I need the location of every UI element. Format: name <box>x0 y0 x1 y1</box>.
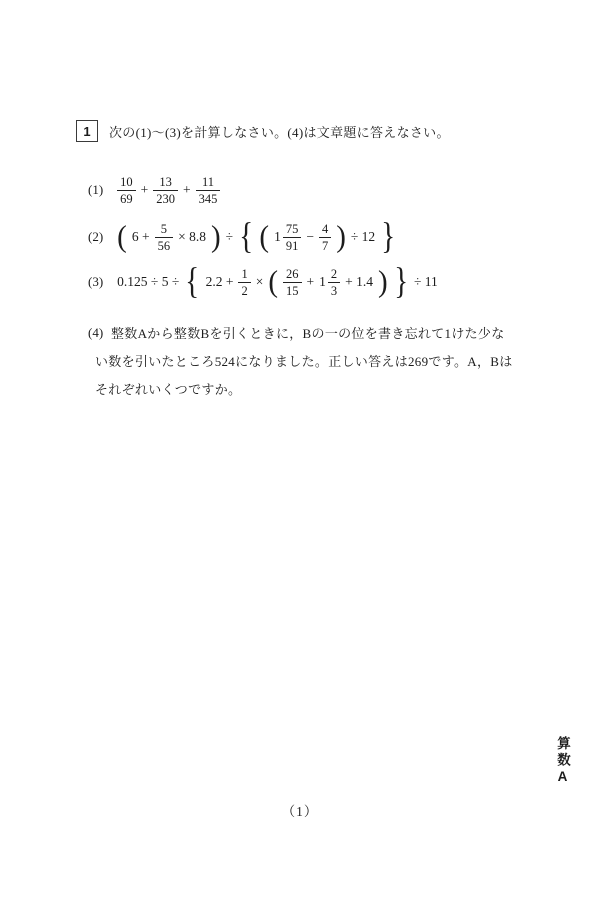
denominator: 15 <box>283 282 302 298</box>
section-header: 1 次の(1)～(3)を計算しなさい。(4)は文章題に答えなさい。 <box>76 120 450 142</box>
denominator: 2 <box>238 282 250 298</box>
denominator: 3 <box>328 282 340 298</box>
numerator: 13 <box>156 175 175 190</box>
question-number-box: 1 <box>76 120 98 142</box>
problem-1-row: (1) 1069+13230+11345 <box>88 172 220 208</box>
math-text: − <box>306 229 314 245</box>
problem-4-line-2: い数を引いたところ524になりました。正しい答えは269です。A，Bは <box>95 348 520 376</box>
whole-number: 1 <box>274 229 281 245</box>
problem-4-text: 整数Aから整数Bを引くときに，Bの一の位を書き忘れて1けた少な い数を引いたとこ… <box>95 320 520 404</box>
numerator: 75 <box>283 222 302 237</box>
math-text: × 8.8 <box>178 229 206 245</box>
math-text: + <box>141 182 149 198</box>
numerator: 4 <box>319 222 331 237</box>
problem-1-expression: 1069+13230+11345 <box>117 174 220 206</box>
problem-3-expression: 0.125 ÷ 5 ÷{2.2 +12×(2615+123+ 1.4)}÷ 11 <box>117 266 438 298</box>
numerator: 5 <box>158 222 170 237</box>
whole-number: 1 <box>319 274 326 290</box>
page-number: （1） <box>0 800 600 820</box>
fraction: 556 <box>155 222 174 253</box>
bracket: ) <box>211 224 221 250</box>
fraction: 1069 <box>117 174 136 206</box>
math-text: × <box>256 274 264 290</box>
problem-2-row: (2) (6 +556× 8.8)÷{(17591−47)÷ 12} <box>88 214 396 260</box>
instruction-text: 次の(1)～(3)を計算しなさい。(4)は文章題に答えなさい。 <box>109 122 450 141</box>
fraction: 556 <box>155 221 174 253</box>
fraction: 13230 <box>153 175 178 206</box>
numerator: 26 <box>283 267 302 282</box>
problem-1-label: (1) <box>88 182 103 198</box>
math-text: ÷ <box>226 229 233 245</box>
bracket: { <box>185 266 199 298</box>
fraction: 1069 <box>117 175 136 206</box>
denominator: 230 <box>153 190 178 206</box>
math-text: 6 + <box>132 229 150 245</box>
bracket: ( <box>259 224 269 250</box>
bracket: { <box>239 221 253 253</box>
problem-2-expression: (6 +556× 8.8)÷{(17591−47)÷ 12} <box>117 221 396 253</box>
problem-3-label: (3) <box>88 274 103 290</box>
math-text: + <box>307 274 315 290</box>
bracket: ) <box>378 269 388 295</box>
fraction: 2615 <box>283 267 302 298</box>
math-text: + <box>183 182 191 198</box>
math-text: ÷ 11 <box>414 274 438 290</box>
bracket: ( <box>117 224 127 250</box>
fraction: 12 <box>238 266 250 298</box>
denominator: 91 <box>283 237 302 253</box>
test-paper-page: 1 次の(1)～(3)を計算しなさい。(4)は文章題に答えなさい。 (1) 10… <box>0 0 600 900</box>
problem-4-line-3: それぞれいくつですか。 <box>95 376 520 404</box>
fraction: 47 <box>319 221 331 253</box>
denominator: 56 <box>155 237 174 253</box>
fraction: 47 <box>319 222 331 253</box>
fraction: 7591 <box>283 222 302 253</box>
numerator: 10 <box>117 175 136 190</box>
numerator: 1 <box>238 267 250 282</box>
subject-side-label: 算数A <box>552 736 572 787</box>
fraction: 11345 <box>196 175 221 206</box>
mixed-number: 17591 <box>274 222 301 253</box>
problem-4-line-1: 整数Aから整数Bを引くときに，Bの一の位を書き忘れて1けた少な <box>95 320 520 348</box>
problem-2-label: (2) <box>88 229 103 245</box>
bracket: } <box>381 221 395 253</box>
numerator: 2 <box>328 267 340 282</box>
fraction: 13230 <box>153 174 178 206</box>
bracket: ) <box>336 224 346 250</box>
fraction: 2615 <box>283 266 302 298</box>
math-text: ÷ 12 <box>351 229 375 245</box>
fraction: 12 <box>238 267 250 298</box>
problem-3-row: (3) 0.125 ÷ 5 ÷{2.2 +12×(2615+123+ 1.4)}… <box>88 259 438 305</box>
fraction: 23 <box>328 267 340 298</box>
math-text: + 1.4 <box>345 274 373 290</box>
fraction: 11345 <box>196 174 221 206</box>
math-text: 0.125 ÷ 5 ÷ <box>117 274 179 290</box>
numerator: 11 <box>199 175 217 190</box>
mixed-number: 123 <box>319 267 340 298</box>
bracket: } <box>394 266 408 298</box>
bracket: ( <box>268 269 278 295</box>
math-text: 2.2 + <box>206 274 234 290</box>
denominator: 69 <box>117 190 136 206</box>
denominator: 345 <box>196 190 221 206</box>
denominator: 7 <box>319 237 331 253</box>
